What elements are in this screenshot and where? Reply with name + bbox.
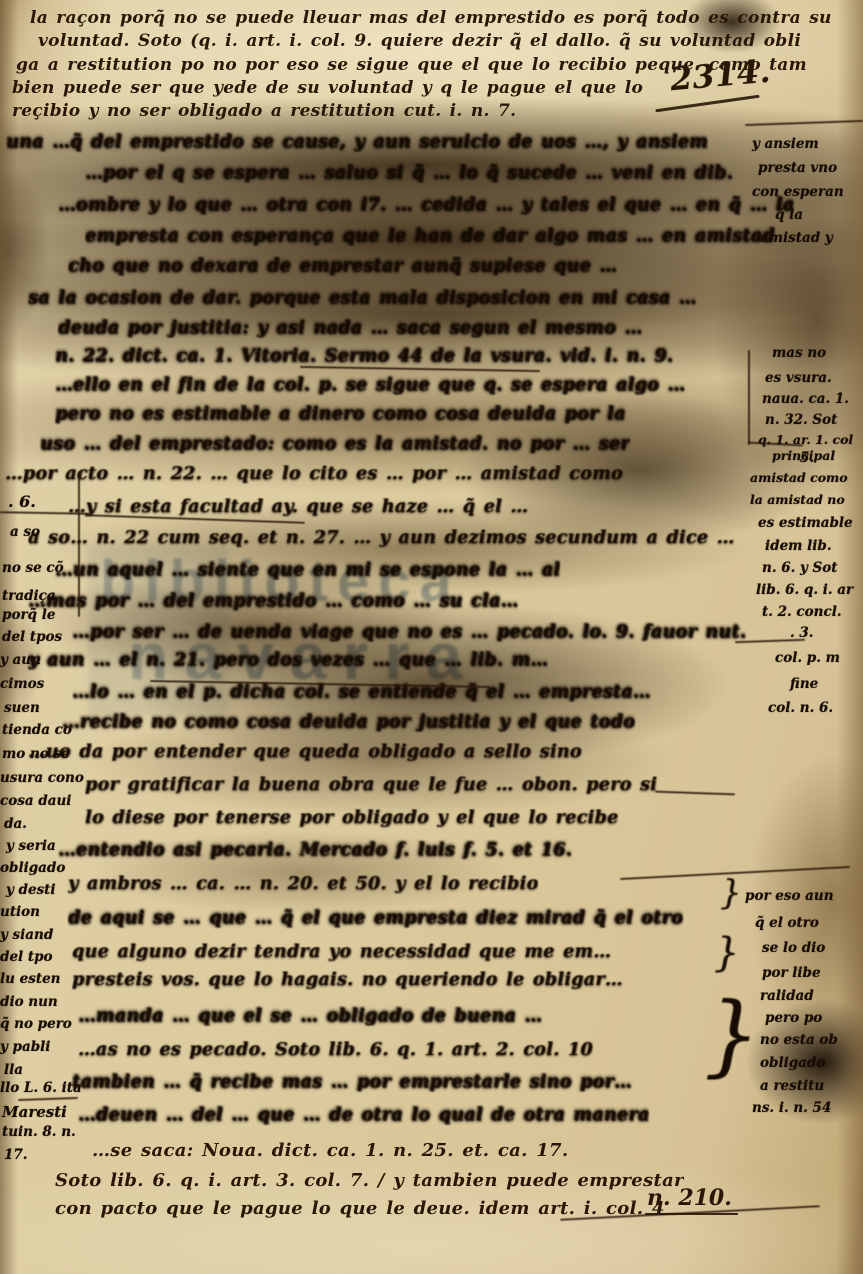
manuscript-line: …ello en el fin de la col. p. se sigue q… <box>55 375 685 395</box>
manuscript-line: y ambros … ca. … n. 20. et 50. y el lo r… <box>68 874 538 894</box>
manuscript-line: …mas por … del emprestido … como … su cl… <box>28 591 518 611</box>
margin-note: no se cõ <box>2 560 64 576</box>
manuscript-line: pero no es estimable a dinero como cosa … <box>55 404 626 424</box>
margin-note: obligado <box>0 860 65 876</box>
margin-note: del tpo <box>0 949 53 965</box>
margin-note: a so <box>10 524 40 540</box>
margin-note: . 6. <box>8 492 36 511</box>
margin-note: tradiça <box>2 588 56 604</box>
margin-note: naua. ca. 1. <box>762 391 849 407</box>
manuscript-line: …por ser … de uenda viage que no es … pe… <box>72 622 746 642</box>
margin-note: n. 6. y Sot <box>762 560 838 576</box>
margin-note: mo no se <box>2 746 70 762</box>
manuscript-line: sa la ocasion de dar. porque esta mala d… <box>28 288 696 308</box>
margin-note: fine <box>790 676 818 692</box>
ink-stroke <box>300 366 540 372</box>
manuscript-line: tambien … q̃ recibe mas … por emprestarl… <box>72 1072 632 1092</box>
manuscript-line: …uo da por entender que queda obligado a… <box>28 742 582 762</box>
margin-note: es vsura. <box>765 370 832 386</box>
manuscript-line: la raçon porq̃ no se puede lleuar mas de… <box>30 8 832 28</box>
margin-note: t. 2. concl. <box>762 604 842 620</box>
margin-note: mas no <box>772 345 826 361</box>
manuscript-line: cho que no dexara de emprestar aunq̃ sup… <box>68 256 617 276</box>
manuscript-line: …as no es pecado. Soto lib. 6. q. 1. art… <box>78 1040 593 1060</box>
ink-stroke <box>748 350 750 445</box>
manuscript-line: que alguno dezir tendra yo necessidad qu… <box>72 942 611 962</box>
margin-note: idem lib. <box>765 538 832 554</box>
margin-note: y pabli <box>0 1039 50 1055</box>
margin-note: por eso aun <box>745 888 834 904</box>
margin-note: lu esten <box>0 971 60 987</box>
margin-note: no esta ob <box>760 1032 838 1048</box>
margin-note: amistad como <box>750 470 848 485</box>
margin-note: la amistad no <box>750 492 845 507</box>
margin-note: obligado <box>760 1055 825 1071</box>
manuscript-line: por gratificar la buena obra que le fue … <box>85 775 657 795</box>
citation-line: Soto lib. 6. q. i. art. 3. col. 7. / y t… <box>55 1170 684 1191</box>
margin-note: ralidad <box>760 988 814 1004</box>
manuscript-line: …por el q se espera … saluo si q̃ … lo q… <box>85 163 733 183</box>
margin-note: a restitu <box>760 1078 824 1094</box>
manuscript-line: uso … del emprestado: como es la amistad… <box>40 434 630 454</box>
manuscript-line: …manda … que el se … obligado de buena … <box>78 1006 542 1026</box>
manuscript-line: una …q̃ del emprestido se cause, y aun s… <box>6 132 708 152</box>
margin-note: porq̃ le <box>2 607 55 623</box>
manuscript-line: …recibe no como cosa deuida por justitia… <box>62 712 635 732</box>
manuscript-line: bien puede ser que yede de su voluntad y… <box>12 78 643 98</box>
margin-note: n. 32. Sot <box>765 412 837 428</box>
ink-stroke <box>655 791 735 796</box>
margin-note: } <box>714 935 739 971</box>
margin-note: ns. i. n. 54 <box>752 1100 831 1116</box>
margin-note: y aun <box>0 652 41 668</box>
manuscript-line: empresta con esperança que le han de dar… <box>85 226 775 246</box>
manuscript-line: …deuen … del … que … de otra lo qual de … <box>78 1105 649 1125</box>
folio-number: 2314. <box>669 52 772 99</box>
margin-note: por libe <box>762 965 821 981</box>
margin-note: 17. <box>4 1147 28 1163</box>
margin-note: con esperan <box>752 184 844 200</box>
margin-note: } <box>720 878 742 909</box>
margin-note: usura cono <box>0 770 84 786</box>
manuscript-line: …entendio asi pecaria. Mercado f. luis f… <box>58 840 572 860</box>
manuscript-line: deuda por justitia: y asi nada … saca se… <box>58 318 642 338</box>
citation-line: …se saca: Noua. dict. ca. 1. n. 25. et. … <box>92 1140 568 1161</box>
margin-note: lib. 6. q. i. ar <box>756 582 853 598</box>
manuscript-line: y aun … el n. 21. pero dos vezes … que …… <box>28 650 548 670</box>
manuscript-line: …ombre y lo que … otra con i7. … cedida … <box>58 195 794 215</box>
margin-note: Maresti <box>2 1103 67 1121</box>
margin-note: tuin. 8. n. <box>2 1124 76 1140</box>
citation-line: con pacto que le pague lo que le deue. i… <box>55 1198 665 1219</box>
margin-note: y siand <box>0 927 53 943</box>
manuscript-line: de aqui se … que … q̃ el que empresta di… <box>68 908 683 928</box>
margin-note: } <box>704 995 760 1074</box>
manuscript-line: reçibio y no ser obligado a restitution … <box>12 101 516 121</box>
manuscript-line: presteis vos. que lo hagais. no queriend… <box>72 970 623 990</box>
margin-note: col. p. m <box>775 650 840 666</box>
margin-note: pero po <box>765 1010 822 1026</box>
manuscript-line: …por acto … n. 22. … que lo cito es … po… <box>5 464 623 484</box>
margin-note: llo L. 6. ita <box>0 1080 82 1096</box>
margin-note: es estimable <box>758 515 853 531</box>
margin-note: col. n. 6. <box>768 700 833 716</box>
margin-note: y seria <box>6 838 56 854</box>
ink-stroke <box>18 1097 78 1101</box>
manuscript-line: n. 22. dict. ca. 1. Vitoria. Sermo 44 de… <box>55 346 673 366</box>
margin-note: presta vno <box>758 160 837 176</box>
margin-note: dio nun <box>0 994 58 1010</box>
manuscript-page: biblioteca navarra la raçon porq̃ no se … <box>0 0 863 1274</box>
margin-note: cimos <box>0 676 44 692</box>
margin-note: y desti <box>6 882 56 898</box>
manuscript-line: …un aquel … siente que en mi se espone l… <box>55 560 560 580</box>
margin-note: q̃ el otro <box>755 915 819 931</box>
margin-note: q̃ la <box>775 207 803 223</box>
margin-note: ution <box>0 904 40 920</box>
margin-note: q̃ no pero <box>0 1016 72 1032</box>
manuscript-line: voluntad. Soto (q. i. art. i. col. 9. qu… <box>38 31 801 51</box>
manuscript-line: …y si esta facultad ay. que se haze … q̃… <box>68 497 528 517</box>
manuscript-line: a so… n. 22 cum seq. et n. 27. … y aun d… <box>28 528 734 548</box>
margin-note: y ansiem <box>752 136 819 152</box>
margin-note: del tpos <box>2 629 62 645</box>
margin-note: cosa daui <box>0 793 71 809</box>
manuscript-line: lo diese por tenerse por obligado y el q… <box>85 808 618 828</box>
margin-note: principal <box>772 448 835 463</box>
margin-note: lla <box>4 1062 23 1078</box>
margin-note: tienda co <box>2 722 72 738</box>
margin-note: se lo dio <box>762 940 825 956</box>
margin-note: amistad y <box>760 230 833 246</box>
margin-note: suen <box>4 700 40 716</box>
ink-stroke <box>78 472 80 617</box>
margin-note: da. <box>4 816 27 832</box>
